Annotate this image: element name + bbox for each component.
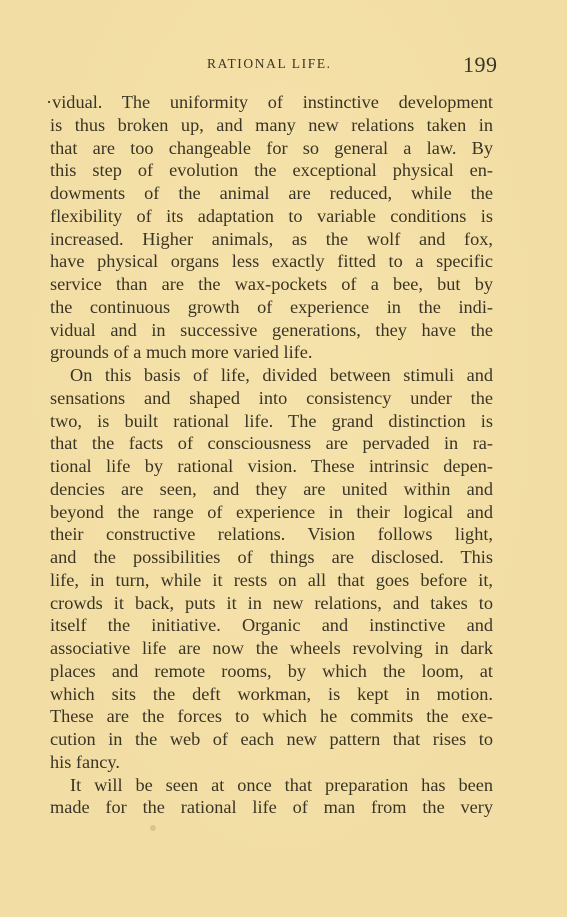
- text-line: dowments of the animal are reduced, whil…: [50, 182, 493, 205]
- body-text: ·vidual. The uniformity of instinctive d…: [50, 91, 493, 819]
- text-line: associative life are now the wheels revo…: [50, 637, 493, 660]
- text-line: the continuous growth of experience in t…: [50, 296, 493, 319]
- text-line: their constructive relations. Vision fol…: [50, 523, 493, 546]
- text-line: These are the forces to which he commits…: [50, 705, 493, 728]
- text-line: beyond the range of experience in their …: [50, 501, 493, 524]
- page-number: 199: [463, 52, 498, 78]
- text-line: two, is built rational life. The grand d…: [50, 410, 493, 433]
- paragraph-start-line: On this basis of life, divided between s…: [50, 364, 493, 387]
- text-line: places and remote rooms, by which the lo…: [50, 660, 493, 683]
- text-line: cution in the web of each new pattern th…: [50, 728, 493, 751]
- text-line: itself the initiative. Organic and insti…: [50, 614, 493, 637]
- text-line: tional life by rational vision. These in…: [50, 455, 493, 478]
- text-line: made for the rational life of man from t…: [50, 796, 493, 819]
- text-line: have physical organs less exactly fitted…: [50, 250, 493, 273]
- text-line: sensations and shaped into consistency u…: [50, 387, 493, 410]
- paragraph-end-line: his fancy.: [50, 751, 493, 774]
- text-line: life, in turn, while it rests on all tha…: [50, 569, 493, 592]
- paper-smudge: [150, 825, 156, 831]
- text-line: is thus broken up, and many new relation…: [50, 114, 493, 137]
- text-line: this step of evolution the exceptional p…: [50, 159, 493, 182]
- text-line: and the possibilities of things are disc…: [50, 546, 493, 569]
- text-line: vidual and in successive generations, th…: [50, 319, 493, 342]
- running-head: RATIONAL LIFE.: [207, 56, 332, 72]
- paragraph-end-line: grounds of a much more varied life.: [50, 341, 493, 364]
- text-line: flexibility of its adaptation to variabl…: [50, 205, 493, 228]
- text-line: crowds it back, puts it in new relations…: [50, 592, 493, 615]
- book-page: RATIONAL LIFE. 199 ·vidual. The uniformi…: [0, 0, 567, 917]
- text-line: dencies are seen, and they are united wi…: [50, 478, 493, 501]
- text-line: increased. Higher animals, as the wolf a…: [50, 228, 493, 251]
- text-line: service than are the wax-pockets of a be…: [50, 273, 493, 296]
- text-line: that the facts of consciousness are perv…: [50, 432, 493, 455]
- text-line: which sits the deft workman, is kept in …: [50, 683, 493, 706]
- paragraph-start-line: It will be seen at once that preparation…: [50, 774, 493, 797]
- text-line: ·vidual. The uniformity of instinctive d…: [46, 91, 493, 114]
- text-line: that are too changeable for so general a…: [50, 137, 493, 160]
